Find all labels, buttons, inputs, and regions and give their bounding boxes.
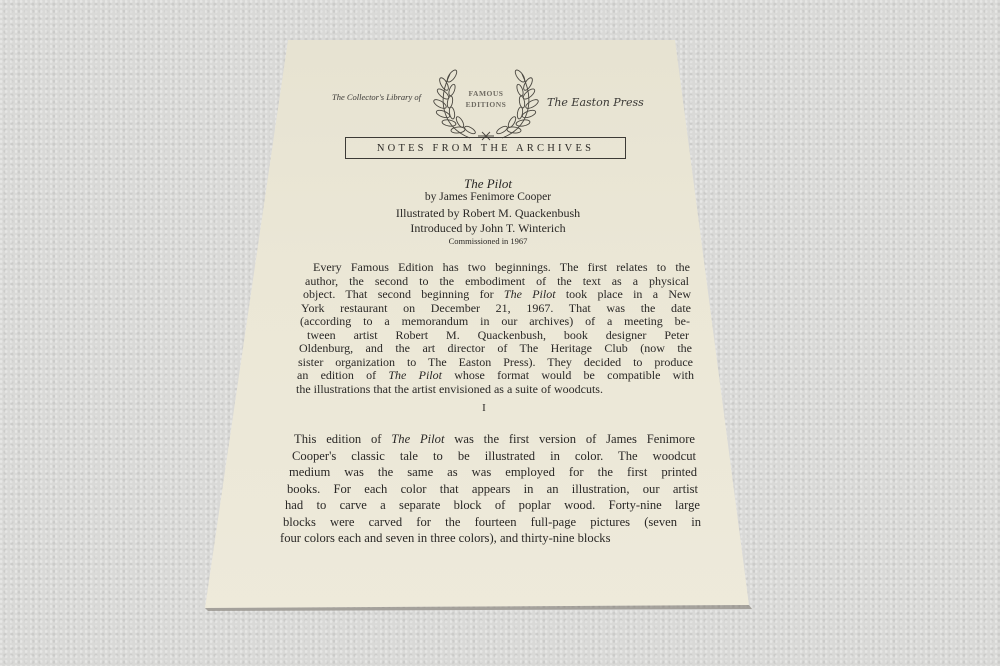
wreath-text-editions: EDITIONS bbox=[457, 100, 515, 109]
text-run: This edition of bbox=[294, 432, 391, 446]
paragraph-line: (according to a memorandum in our archiv… bbox=[300, 315, 690, 329]
paragraph-line: the illustrations that the artist envisi… bbox=[296, 383, 698, 397]
intro-paragraph: Every Famous Edition has two beginnings.… bbox=[300, 261, 698, 396]
book-author: by James Fenimore Cooper bbox=[0, 191, 976, 203]
publisher-signature: The Easton Press bbox=[547, 96, 644, 109]
italic-title: The Pilot bbox=[504, 287, 556, 301]
notes-banner: NOTES FROM THE ARCHIVES bbox=[345, 137, 626, 159]
wreath-text-famous: FAMOUS bbox=[457, 89, 515, 98]
paragraph-line: medium was the same as was employed for … bbox=[289, 464, 697, 481]
text-run: whose format would be compatible with bbox=[442, 368, 694, 382]
paragraph-line: Cooper's classic tale to be illustrated … bbox=[292, 448, 696, 465]
paragraph-line: object. That second beginning for The Pi… bbox=[303, 288, 691, 302]
section-paragraph: This edition of The Pilot was the first … bbox=[280, 431, 701, 547]
text-run: an edition of bbox=[297, 368, 388, 382]
paragraph-line: tween artist Robert M. Quackenbush, book… bbox=[307, 329, 689, 343]
paragraph-line: had to carve a separate block of poplar … bbox=[285, 497, 700, 514]
paragraph-line: sister organization to The Easton Press)… bbox=[298, 356, 693, 370]
italic-title: The Pilot bbox=[391, 432, 444, 446]
paragraph-line: This edition of The Pilot was the first … bbox=[294, 431, 695, 448]
text-run: took place in a New bbox=[556, 287, 691, 301]
italic-title: The Pilot bbox=[388, 368, 442, 382]
paragraph-line: Every Famous Edition has two beginnings.… bbox=[313, 261, 690, 275]
paragraph-line: four colors each and seven in three colo… bbox=[280, 530, 690, 547]
section-number: I bbox=[0, 402, 968, 414]
paragraph-line: an edition of The Pilot whose format wou… bbox=[297, 369, 694, 383]
document-content: The Collector's Library of FAMO bbox=[0, 0, 1000, 666]
paragraph-line: author, the second to the embodiment of … bbox=[305, 275, 689, 289]
paragraph-line: Oldenburg, and the art director of The H… bbox=[299, 342, 692, 356]
paragraph-line: York restaurant on December 21, 1967. Th… bbox=[301, 302, 691, 316]
paragraph-line: blocks were carved for the fourteen full… bbox=[283, 514, 701, 531]
book-introduction: Introduced by John T. Winterich bbox=[0, 221, 976, 236]
commission-year: Commissioned in 1967 bbox=[0, 236, 976, 246]
text-run: was the first version of James Fenimore bbox=[444, 432, 695, 446]
collectors-library-label: The Collector's Library of bbox=[332, 92, 421, 102]
book-illustrator: Illustrated by Robert M. Quackenbush bbox=[0, 206, 976, 221]
notes-banner-text: NOTES FROM THE ARCHIVES bbox=[377, 143, 594, 154]
text-run: object. That second beginning for bbox=[303, 287, 504, 301]
paragraph-line: books. For each color that appears in an… bbox=[287, 481, 698, 498]
book-title: The Pilot bbox=[0, 176, 976, 192]
